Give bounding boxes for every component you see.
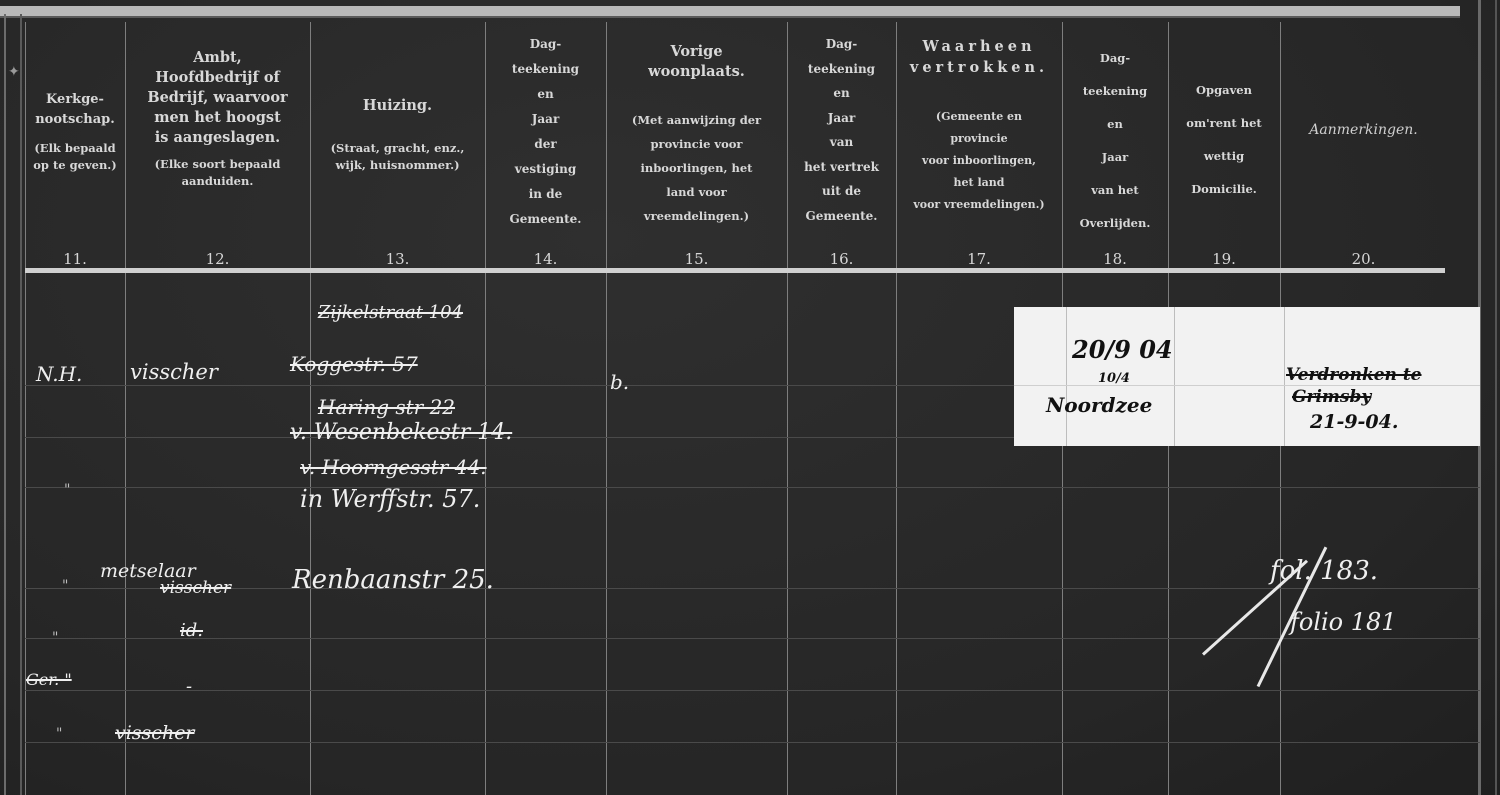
header-col-14: Dag- teekening en Jaar der vestiging in … [485,22,606,268]
header-col-12: Ambt, Hoofdbedrijf of Bedrijf, waarvoor … [125,22,310,268]
column-number: 11. [25,251,125,268]
row-line [25,690,1480,691]
inset-rule [1174,307,1175,446]
header-note: (Elk bepaald op te geven.) [25,140,125,174]
address-entry: Koggestr. 57 [290,352,418,376]
row-line [25,588,1480,589]
departure-sub: 10/4 [1098,371,1130,386]
header-note: (Elke soort bepaald aanduiden. [125,156,310,190]
left-binding: ✦ [4,14,22,795]
header-col-16: Dag- teekening en Jaar van het vertrek u… [787,22,896,268]
column-number: 16. [787,251,896,268]
address-suffix: b. [610,370,629,394]
remark-struck: Verdronken te [1286,365,1422,385]
right-binding [1478,0,1497,795]
header-title: Dag- teekening en Jaar der vestiging in … [485,32,606,232]
row-line [25,638,1480,639]
header-title: Ambt, Hoofdbedrijf of Bedrijf, waarvoor … [125,48,310,148]
occupation-entry: visscher [115,722,195,744]
header-divider [25,268,1445,273]
ditto-mark: " [64,482,70,498]
column-number: 18. [1062,251,1168,268]
header-col-19: Opgaven om'rent het wettig Domicilie. 19… [1168,22,1280,268]
ditto-mark: " [52,630,58,646]
departure-inset: 20/9 04 10/4 Noordzee Verdronken te Grim… [1014,307,1480,446]
header-title: Vorige woonplaats. [606,42,787,82]
header-title: Aanmerkingen. [1280,122,1447,139]
departure-destination: Noordzee [1046,393,1152,417]
header-col-15: Vorige woonplaats. (Met aanwijzing der p… [606,22,787,268]
column-number: 12. [125,251,310,268]
header-col-20: Aanmerkingen. 20. [1280,22,1447,268]
column-number: 17. [896,251,1062,268]
header-note: (Straat, gracht, enz., wijk, huisnommer.… [310,140,485,174]
header-title: Kerkge- nootschap. [25,90,125,130]
header-title: Waarheen vertrokken. [896,36,1062,78]
address-entry: Haring str 22 [318,395,455,419]
departure-date: 20/9 04 [1072,335,1173,364]
column-number: 19. [1168,251,1280,268]
column-number: 20. [1280,251,1447,268]
header-col-18: Dag- teekening en Jaar van het Overlijde… [1062,22,1168,268]
binding-star-icon: ✦ [8,64,20,80]
religion-entry: N.H. [36,362,82,386]
row-line [25,487,1480,488]
occupation-entry: visscher [130,360,218,384]
occupation-entry: - [186,676,192,697]
column-number: 14. [485,251,606,268]
header-title: Dag- teekening en Jaar van het Overlijde… [1062,42,1168,240]
occupation-old: visscher [160,578,231,598]
row-line [25,742,1480,743]
header-note: (Gemeente en provincie voor inboorlingen… [896,106,1062,216]
address-entry-current: in Werffstr. 57. [300,485,480,513]
header-title: Huizing. [310,96,485,116]
ditto-mark: " [56,726,62,742]
address-entry: Renbaanstr 25. [292,565,494,595]
occupation-entry: id. [180,620,203,641]
register-page: ✦ Kerkge- nootschap. (Elk bepaald op te … [0,0,1500,795]
address-entry: Zijkelstraat 104 [318,302,463,323]
header-title: Dag- teekening en Jaar van het vertrek u… [787,32,896,228]
column-number: 15. [606,251,787,268]
inset-rule [1014,385,1480,386]
header-col-17: Waarheen vertrokken. (Gemeente en provin… [896,22,1062,268]
ditto-mark: " [62,578,68,594]
remark-date: 21-9-04. [1310,411,1399,433]
address-entry: v. Hoorngesstr 44. [300,455,487,479]
header-note: (Met aanwijzing der provincie voor inboo… [606,108,787,228]
address-entry: v. Wesenbekestr 14. [290,420,512,445]
top-rule [0,6,1460,18]
header-col-11: Kerkge- nootschap. (Elk bepaald op te ge… [25,22,125,268]
header-title: Opgaven om'rent het wettig Domicilie. [1168,74,1280,206]
inset-rule [1284,307,1285,446]
column-number: 13. [310,251,485,268]
religion-entry: Ger. " [26,670,72,689]
header-col-13: Huizing. (Straat, gracht, enz., wijk, hu… [310,22,485,268]
inset-rule [1066,307,1067,446]
remark-folio-2: folio 181 [1290,608,1397,636]
remark-place: Grimsby [1292,387,1371,407]
